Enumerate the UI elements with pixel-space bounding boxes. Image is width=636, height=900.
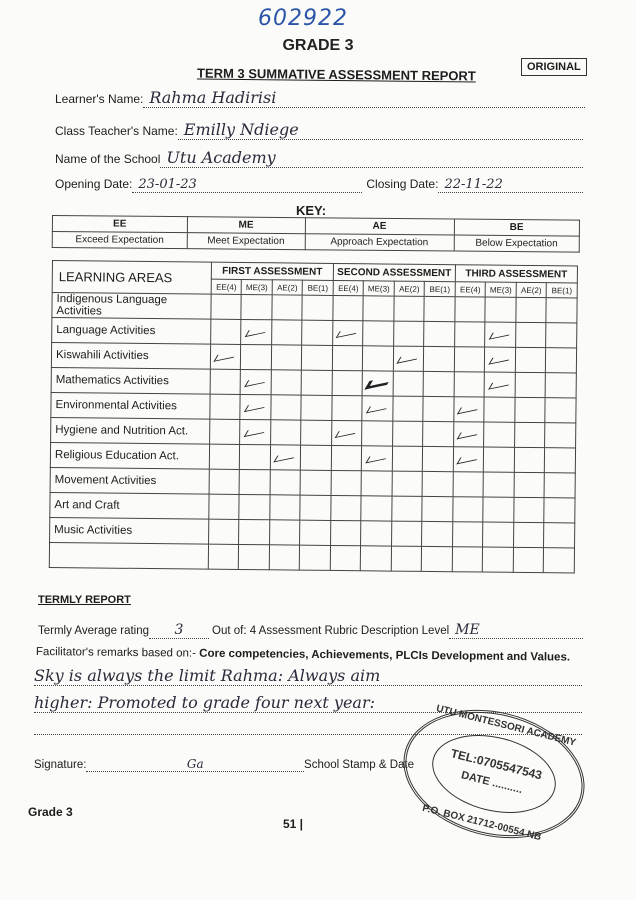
rating-cell xyxy=(454,372,485,397)
rating-cell xyxy=(300,545,331,570)
rating-cell xyxy=(330,520,361,545)
level-header: EE(4) xyxy=(455,282,486,297)
opening-date-label: Opening Date: xyxy=(55,177,132,191)
rating-cell xyxy=(210,319,241,344)
rating-cell xyxy=(240,394,271,419)
rating-cell xyxy=(241,319,272,344)
rating-cell xyxy=(422,471,453,496)
rating-cell xyxy=(241,344,272,369)
closing-date-value: 22-11-22 xyxy=(438,177,508,192)
dates-field: Opening Date: 23-01-23 Closing Date: 22-… xyxy=(55,177,583,193)
second-assessment-header: SECOND ASSESSMENT xyxy=(333,263,455,281)
out-of-label: Out of: 4 Assessment Rubric Description … xyxy=(209,625,449,637)
grade-heading: GRADE 3 xyxy=(0,37,636,55)
rating-cell xyxy=(361,521,392,546)
rating-cell xyxy=(393,371,424,396)
rating-cell xyxy=(392,421,423,446)
rating-cell xyxy=(362,446,393,471)
rating-cell xyxy=(514,497,545,522)
key-code-ee: EE xyxy=(52,216,187,233)
rating-cell xyxy=(424,346,455,371)
rating-cell xyxy=(240,419,271,444)
termly-report-heading: TERMLY REPORT xyxy=(38,594,131,606)
rating-cell xyxy=(240,444,271,469)
rating-cell xyxy=(515,347,546,372)
check-mark-icon xyxy=(274,452,298,463)
rating-cell xyxy=(485,347,516,372)
page-number: 51 | xyxy=(283,817,303,831)
rating-cell xyxy=(422,546,453,571)
check-mark-icon xyxy=(488,354,512,365)
check-mark-icon xyxy=(366,402,390,413)
rating-cell xyxy=(271,320,302,345)
rating-cell xyxy=(331,445,362,470)
rating-cell xyxy=(361,546,392,571)
check-mark-icon xyxy=(244,376,268,387)
rating-cell xyxy=(332,345,363,370)
rating-cell xyxy=(300,520,331,545)
rating-cell xyxy=(392,471,423,496)
rating-cell xyxy=(272,295,303,320)
rating-cell xyxy=(209,444,240,469)
rating-cell xyxy=(394,296,425,321)
rating-cell xyxy=(270,420,301,445)
rating-cell xyxy=(423,446,454,471)
rating-cell xyxy=(210,394,241,419)
rating-cell xyxy=(240,369,271,394)
check-mark-icon xyxy=(488,379,512,390)
rating-cell xyxy=(330,545,361,570)
rating-cell xyxy=(423,421,454,446)
rating-cell xyxy=(211,294,242,319)
rating-cell xyxy=(453,447,484,472)
rating-cell xyxy=(544,548,575,573)
learning-area-label: Language Activities xyxy=(52,318,211,345)
rating-cell xyxy=(393,396,424,421)
level-header: BE(1) xyxy=(546,283,577,298)
average-rating-label: Termly Average rating xyxy=(38,625,149,637)
learner-name-value: Rahma Hadirisi xyxy=(143,88,282,107)
rating-cell xyxy=(544,473,575,498)
check-mark-icon xyxy=(214,351,238,362)
level-header: ME(3) xyxy=(364,281,395,296)
rating-cell xyxy=(331,495,362,520)
signature-value: Ga xyxy=(187,757,204,771)
rating-cell xyxy=(423,396,454,421)
rating-cell xyxy=(271,395,302,420)
level-header: ME(3) xyxy=(485,282,516,297)
check-mark-icon xyxy=(244,401,268,412)
rating-cell xyxy=(331,420,362,445)
rating-cell xyxy=(453,497,484,522)
check-mark-icon xyxy=(397,353,421,364)
rating-cell xyxy=(239,494,270,519)
check-mark-icon xyxy=(244,326,268,337)
rating-cell xyxy=(545,423,576,448)
rating-cell xyxy=(483,472,514,497)
rating-cell xyxy=(332,320,363,345)
rating-cell xyxy=(362,421,393,446)
rating-cell xyxy=(485,297,516,322)
learning-area-label: Kiswahili Activities xyxy=(51,343,210,370)
rating-cell xyxy=(452,547,483,572)
level-header: AE(2) xyxy=(516,282,547,297)
rating-cell xyxy=(209,469,240,494)
serial-number: 602922 xyxy=(258,6,348,31)
remarks-line-1: Sky is always the limit Rahma: Always ai… xyxy=(34,666,582,686)
level-header: BE(1) xyxy=(303,280,334,295)
rating-cell xyxy=(452,522,483,547)
teacher-name-label: Class Teacher's Name: xyxy=(55,124,178,138)
rating-cell xyxy=(514,447,545,472)
check-mark-icon xyxy=(457,428,481,439)
rating-cell xyxy=(544,523,575,548)
check-mark-icon xyxy=(243,426,267,437)
key-code-me: ME xyxy=(187,217,305,234)
rating-cell xyxy=(209,419,240,444)
teacher-name-field: Class Teacher's Name: Emilly Ndiege xyxy=(55,120,583,140)
rating-cell xyxy=(391,521,422,546)
average-rating-line: Termly Average rating 3 Out of: 4 Assess… xyxy=(38,622,583,639)
school-stamp-label: School Stamp & Date xyxy=(304,759,414,771)
rating-cell xyxy=(270,470,301,495)
teacher-name-value: Emilly Ndiege xyxy=(178,120,305,139)
rating-cell xyxy=(546,348,577,373)
signature-line: Signature: Ga School Stamp & Date xyxy=(34,757,414,772)
rating-cell xyxy=(239,469,270,494)
rating-cell xyxy=(271,345,302,370)
rating-cell xyxy=(362,396,393,421)
rating-cell xyxy=(301,395,332,420)
remarks-label: Facilitator's remarks based on:- xyxy=(36,646,196,660)
rating-cell xyxy=(391,546,422,571)
school-stamp: UTU MONTESSORI ACADEMY TEL:0705547543 DA… xyxy=(390,692,599,857)
level-header: EE(4) xyxy=(333,280,364,295)
rating-cell xyxy=(239,519,270,544)
rating-cell xyxy=(484,447,515,472)
rating-cell xyxy=(269,520,300,545)
level-header: EE(4) xyxy=(211,279,242,294)
learning-area-label: Art and Craft xyxy=(50,492,209,519)
rating-cell xyxy=(422,521,453,546)
rating-cell xyxy=(333,295,364,320)
rating-cell xyxy=(331,470,362,495)
rating-cell xyxy=(270,495,301,520)
rating-cell xyxy=(300,495,331,520)
learning-area-label: Environmental Activities xyxy=(51,392,210,419)
rating-cell xyxy=(392,496,423,521)
rating-cell xyxy=(515,397,546,422)
rating-cell xyxy=(544,498,575,523)
rating-cell xyxy=(485,322,516,347)
level-header: ME(3) xyxy=(242,279,273,294)
rating-cell xyxy=(422,496,453,521)
rating-cell xyxy=(424,321,455,346)
key-label: KEY: xyxy=(296,203,326,218)
rating-cell xyxy=(545,448,576,473)
remarks-basis: Core competencies, Achievements, PLCIs D… xyxy=(199,648,570,664)
rating-cell xyxy=(454,397,485,422)
level-header: AE(2) xyxy=(394,281,425,296)
rating-cell xyxy=(484,372,515,397)
level-header: AE(2) xyxy=(272,280,303,295)
rating-cell xyxy=(301,370,332,395)
rating-cell xyxy=(361,496,392,521)
rating-cell xyxy=(515,372,546,397)
rating-cell xyxy=(300,470,331,495)
rating-cell xyxy=(392,446,423,471)
first-assessment-header: FIRST ASSESSMENT xyxy=(211,262,333,280)
rating-cell xyxy=(361,471,392,496)
rating-cell xyxy=(208,519,239,544)
rating-cell xyxy=(302,295,333,320)
third-assessment-header: THIRD ASSESSMENT xyxy=(455,265,577,283)
rating-cell xyxy=(546,298,577,323)
rating-cell xyxy=(393,346,424,371)
rating-cell xyxy=(514,422,545,447)
learner-name-label: Learner's Name: xyxy=(55,92,143,106)
rating-cell xyxy=(453,472,484,497)
rating-cell xyxy=(241,294,272,319)
rating-cell xyxy=(484,397,515,422)
check-mark-icon xyxy=(365,452,389,463)
learning-area-label: Music Activities xyxy=(50,517,209,544)
learning-area-label: Mathematics Activities xyxy=(51,367,210,394)
check-mark-icon xyxy=(364,376,392,389)
rating-cell xyxy=(483,522,514,547)
check-mark-icon xyxy=(335,427,359,438)
school-label: Name of the School xyxy=(55,152,160,166)
rating-cell xyxy=(302,345,333,370)
rating-cell xyxy=(362,371,393,396)
rating-cell xyxy=(269,545,300,570)
rating-cell xyxy=(301,445,332,470)
remarks-line-2: higher: Promoted to grade four next year… xyxy=(34,693,582,713)
rating-cell xyxy=(239,544,270,569)
table-row xyxy=(49,542,574,572)
key-table: EE ME AE BE Exceed Expectation Meet Expe… xyxy=(52,215,580,253)
check-mark-icon xyxy=(457,403,481,414)
rating-cell xyxy=(270,445,301,470)
rating-cell xyxy=(453,422,484,447)
learning-area-label: Indigenous Language Activities xyxy=(52,293,211,320)
rating-cell xyxy=(301,420,332,445)
rating-cell xyxy=(454,322,485,347)
assessment-grid: LEARNING AREAS FIRST ASSESSMENT SECOND A… xyxy=(49,260,578,573)
rating-cell xyxy=(210,369,241,394)
rating-cell xyxy=(545,398,576,423)
check-mark-icon xyxy=(336,327,360,338)
rating-cell xyxy=(483,547,514,572)
rating-cell xyxy=(483,497,514,522)
learning-area-label: Hygiene and Nutrition Act. xyxy=(51,417,210,444)
rating-cell xyxy=(484,422,515,447)
key-desc-ee: Exceed Expectation xyxy=(52,232,187,249)
original-badge: ORIGINAL xyxy=(521,58,587,76)
rating-cell xyxy=(423,371,454,396)
rubric-level-value: ME xyxy=(449,622,480,638)
rating-cell xyxy=(513,522,544,547)
rating-cell xyxy=(363,321,394,346)
check-mark-icon xyxy=(488,329,512,340)
rating-cell xyxy=(210,344,241,369)
rating-cell xyxy=(514,472,545,497)
learner-name-field: Learner's Name: Rahma Hadirisi xyxy=(55,88,585,108)
school-value: Utu Academy xyxy=(160,148,281,167)
rating-cell xyxy=(332,370,363,395)
rating-cell xyxy=(271,370,302,395)
key-code-be: BE xyxy=(454,219,580,236)
average-rating-value: 3 xyxy=(175,622,184,638)
learning-area-label: Movement Activities xyxy=(50,467,209,494)
rating-cell xyxy=(363,346,394,371)
rating-cell xyxy=(209,494,240,519)
report-title: TERM 3 SUMMATIVE ASSESSMENT REPORT xyxy=(197,66,476,84)
closing-date-label: Closing Date: xyxy=(362,177,438,191)
opening-date-value: 23-01-23 xyxy=(132,177,202,192)
rating-cell xyxy=(515,322,546,347)
rating-cell xyxy=(424,296,455,321)
learning-area-label xyxy=(49,542,208,569)
level-header: BE(1) xyxy=(424,281,455,296)
rating-cell xyxy=(208,544,239,569)
key-desc-ae: Approach Expectation xyxy=(305,234,454,251)
learning-areas-header: LEARNING AREAS xyxy=(52,261,211,295)
key-desc-be: Below Expectation xyxy=(454,235,580,252)
rating-cell xyxy=(393,321,424,346)
key-code-ae: AE xyxy=(305,218,454,235)
rating-cell xyxy=(363,296,394,321)
check-mark-icon xyxy=(457,453,481,464)
signature-label: Signature: xyxy=(34,759,86,771)
footer-grade: Grade 3 xyxy=(28,805,73,819)
rating-cell xyxy=(546,323,577,348)
rating-cell xyxy=(302,320,333,345)
learning-area-label: Religious Education Act. xyxy=(50,442,209,469)
key-desc-me: Meet Expectation xyxy=(187,233,305,250)
rating-cell xyxy=(513,547,544,572)
rating-cell xyxy=(332,395,363,420)
rating-cell xyxy=(454,347,485,372)
school-field: Name of the School Utu Academy xyxy=(55,148,583,168)
remarks-basis-line: Facilitator's remarks based on:- Core co… xyxy=(36,646,570,664)
rating-cell xyxy=(455,297,486,322)
rating-cell xyxy=(545,373,576,398)
rating-cell xyxy=(516,297,547,322)
